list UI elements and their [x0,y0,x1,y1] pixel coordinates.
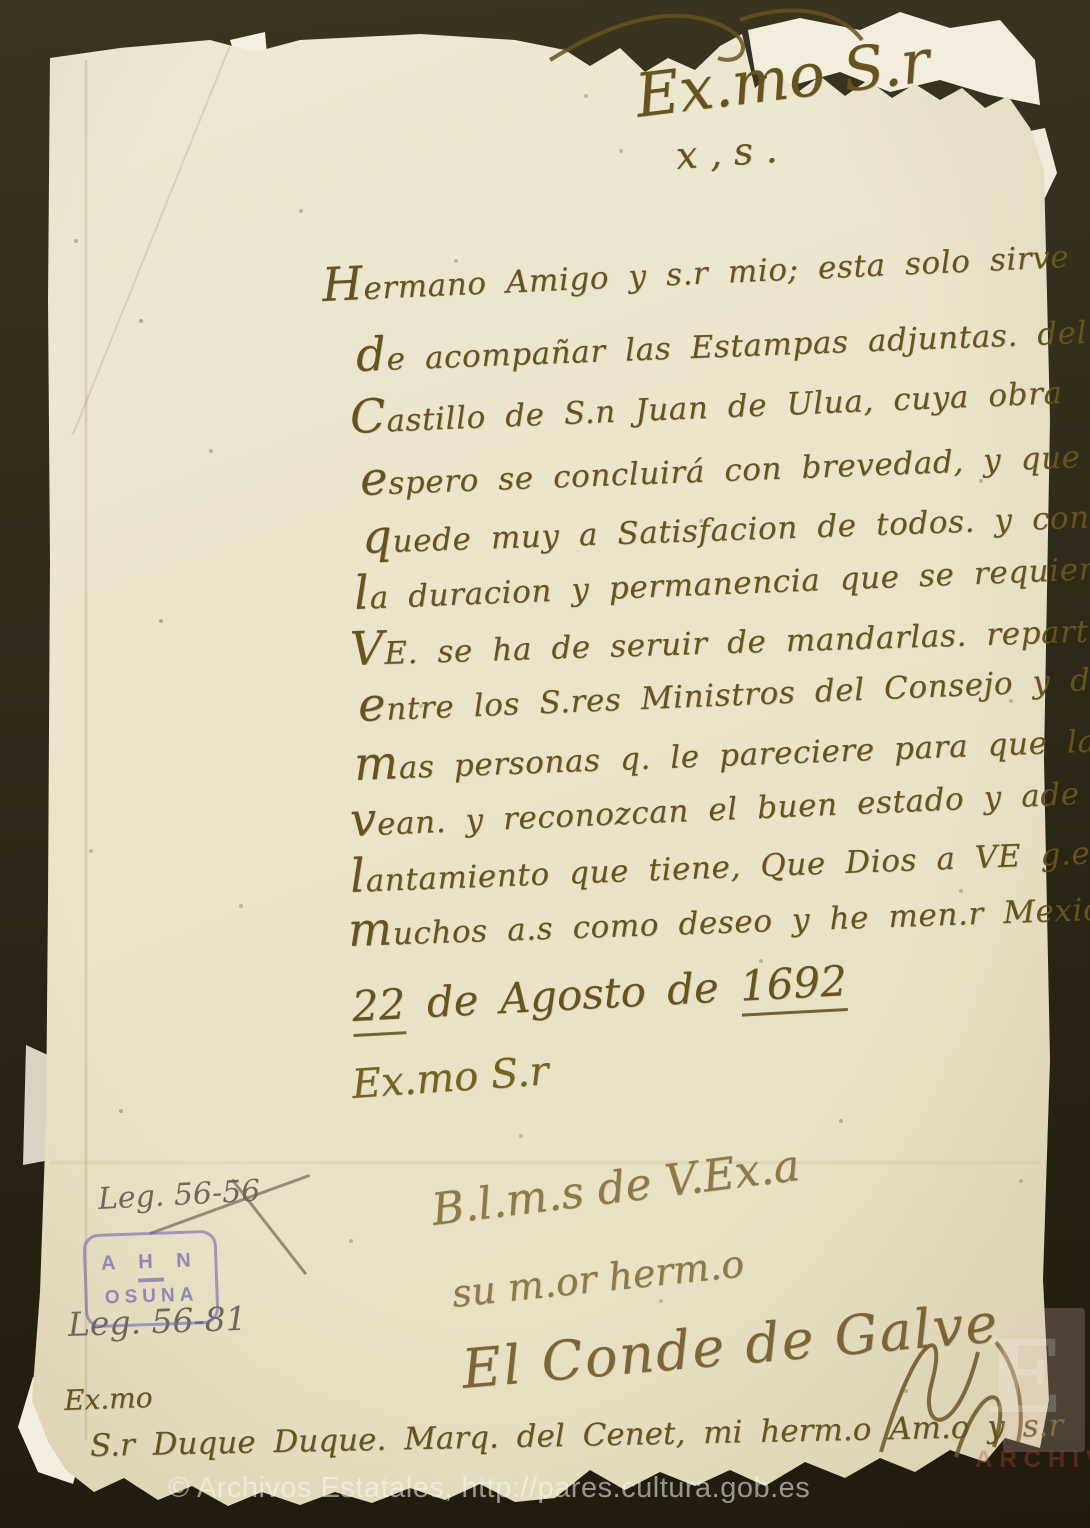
document-scan: Ex.mo S.r x , s . Hermano Amigo y s.r mi… [0,0,1090,1528]
fold-crease-horizontal [50,1160,1040,1165]
logo-label: ARCHIVO [975,1446,1090,1474]
address-prefix: Ex.mo [63,1381,153,1417]
stamp-divider [138,1277,164,1282]
date-day: 22 [351,979,407,1037]
copyright-watermark: © Archivos Estatales, http://pares.cultu… [168,1472,810,1505]
archive-stamp: A H N OSUNA [82,1230,219,1329]
paper-foxing-specks [0,0,2,2]
date-year: 1692 [739,956,849,1017]
fold-crease-vertical [84,60,88,1440]
pares-logo: E ARCHIVO [975,1300,1090,1528]
stamp-line2: OSUNA [104,1284,198,1309]
logo-letter: E [985,1318,1061,1436]
heading-salutation-flourish: x , s . [674,127,778,178]
stamp-line1: A H N [101,1249,200,1275]
